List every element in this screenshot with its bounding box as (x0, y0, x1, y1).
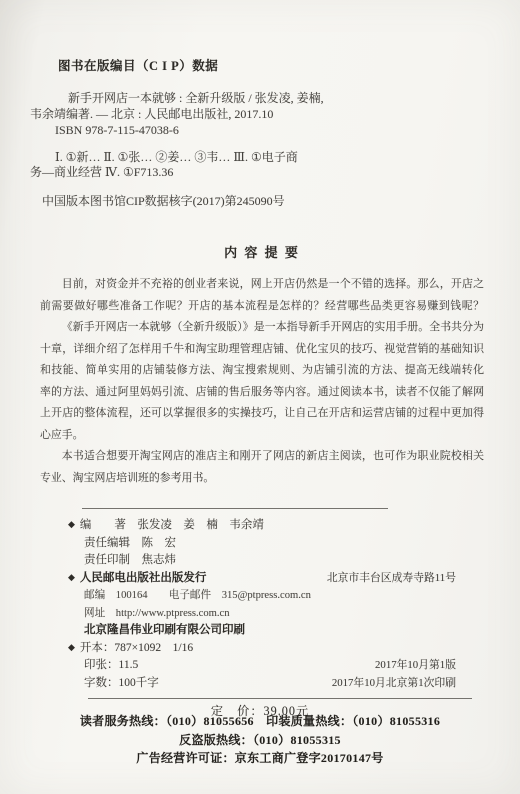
website-line: 网址 http://www.ptpress.com.cn (0, 605, 520, 623)
impression-date: 2017年10月北京第1次印刷 (332, 675, 456, 693)
classification-line-2: 务—商业经营 Ⅳ. ①F713.36 (30, 165, 490, 181)
word-count-line: 字数：100千字 2017年10月北京第1次印刷 (0, 675, 520, 693)
colophon-divider-top (82, 508, 388, 509)
ad-license-line: 广告经营许可证：京东工商广登字20170147号 (0, 749, 520, 768)
word-count-text: 字数：100千字 (84, 677, 159, 689)
footer-hotlines: 读者服务热线：（010）81055656 印装质量热线：（010）8105531… (0, 712, 520, 768)
printer-line: 北京隆昌伟业印刷有限公司印刷 (0, 622, 520, 640)
responsible-editor-line: 责任编辑 陈 宏 (0, 535, 520, 553)
summary-line: 十章，详细介绍了怎样用千牛和淘宝助理管理店铺、优化宝贝的技巧、视觉营销的基础知识 (40, 339, 484, 361)
summary-line: 专业、淘宝网店培训班的参考用书。 (40, 468, 484, 490)
reader-hotline-line: 读者服务热线：（010）81055656 印装质量热线：（010）8105531… (0, 712, 520, 731)
cip-record-line-2: 韦余靖编著. — 北京 : 人民邮电出版社, 2017.10 (30, 107, 490, 123)
summary-line: 上开店的整体流程，还可以掌握很多的实操技巧，让自己在开店和运营店铺的过程中更加得 (40, 403, 484, 425)
postcode-email-line: 邮编 100164 电子邮件 315@ptpress.com.cn (0, 587, 520, 605)
summary-line: 《新手开网店一本就够（全新升级版）》是一本指导新手开网店的实用手册。全书共分为 (40, 317, 484, 339)
diamond-bullet-icon: ◆ (68, 640, 75, 658)
editors-text: 编 著 张发凌 姜 楠 韦余靖 (80, 519, 264, 531)
sheets-text: 印张：11.5 (84, 659, 138, 671)
format-text: 开本：787×1092 1/16 (80, 642, 193, 654)
anti-piracy-hotline-line: 反盗版热线：（010）81055315 (0, 731, 520, 750)
diamond-bullet-icon: ◆ (68, 517, 75, 535)
summary-line: 前需要做好哪些准备工作呢？开店的基本流程是怎样的？经营哪些品类更容易赚到钱呢？ (40, 296, 484, 318)
sheets-line: 印张：11.5 2017年10月第1版 (0, 657, 520, 675)
classification-line-1: Ⅰ. ①新… Ⅱ. ①张… ②姜… ③韦… Ⅲ. ①电子商 (55, 150, 490, 166)
summary-line: 目前，对资金并不充裕的创业者来说，网上开店仍然是一个不错的选择。那么，开店之 (40, 274, 484, 296)
cip-heading: 图书在版编目（C I P）数据 (58, 56, 490, 74)
colophon-block: ◆编 著 张发凌 姜 楠 韦余靖 责任编辑 陈 宏 责任印制 焦志炜 ◆人民邮电… (0, 508, 520, 719)
colophon-divider-bottom (88, 698, 472, 699)
responsible-printer-line: 责任印制 焦志炜 (0, 552, 520, 570)
cip-record-line-1: 新手开网店一本就够 : 全新升级版 / 张发凌, 姜楠, (68, 91, 490, 107)
format-line: ◆开本：787×1092 1/16 (0, 640, 520, 658)
publisher-line: ◆人民邮电出版社出版发行 北京市丰台区成寿寺路11号 (0, 570, 520, 588)
content-summary: 内 容 提 要 目前，对资金并不充裕的创业者来说，网上开店仍然是一个不错的选择。… (40, 242, 484, 489)
cip-data-block: 图书在版编目（C I P）数据 新手开网店一本就够 : 全新升级版 / 张发凌,… (30, 56, 490, 209)
summary-line: 和技能、简单实用的店铺装修方法、淘宝搜索规则、为店铺引流的方法、提高无线端转化 (40, 360, 484, 382)
cip-registry-number: 中国版本图书馆CIP数据核字(2017)第245090号 (42, 194, 490, 210)
content-summary-title: 内 容 提 要 (40, 242, 484, 261)
edition-date: 2017年10月第1版 (375, 657, 456, 675)
isbn-line: ISBN 978-7-115-47038-6 (55, 123, 490, 139)
summary-line: 心应手。 (40, 425, 484, 447)
diamond-bullet-icon: ◆ (68, 570, 75, 588)
summary-line: 本书适合想要开淘宝网店的准店主和刚开了网店的新店主阅读，也可作为职业院校相关 (40, 446, 484, 468)
summary-line: 率的方法、通过阿里妈妈引流、店铺的售后服务等内容。通过阅读本书，读者不仅能了解网 (40, 382, 484, 404)
publisher-address: 北京市丰台区成寿寺路11号 (327, 570, 456, 588)
publisher-name: 人民邮电出版社出版发行 (80, 572, 207, 584)
book-copyright-page: 图书在版编目（C I P）数据 新手开网店一本就够 : 全新升级版 / 张发凌,… (0, 0, 520, 794)
editors-line: ◆编 著 张发凌 姜 楠 韦余靖 (0, 517, 520, 535)
